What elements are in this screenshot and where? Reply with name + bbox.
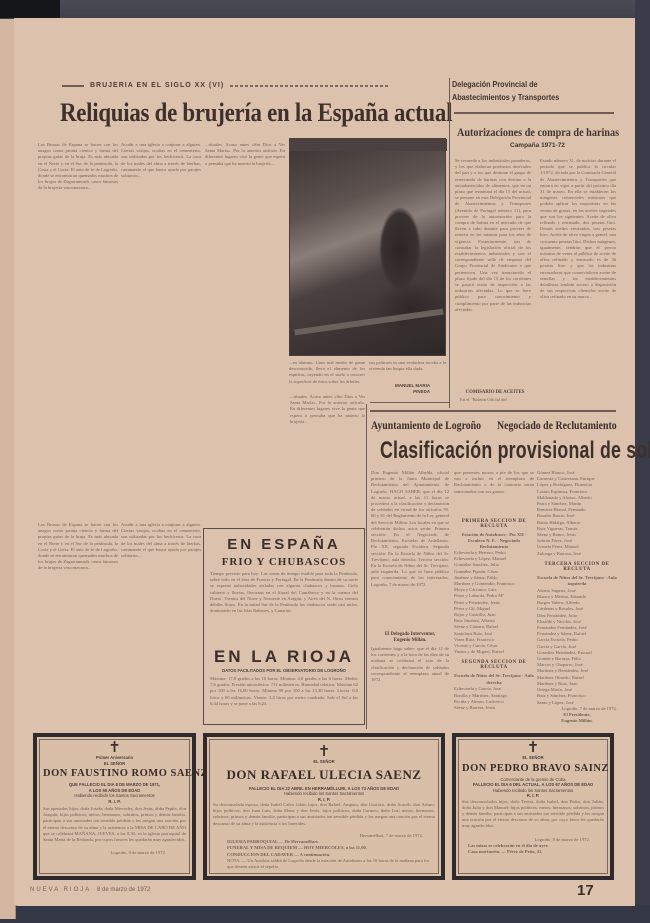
article-column-1b: Las Bruxas de Espana se hacen con los an… <box>38 522 118 727</box>
article-column-1: Las Bruxas de Espana se hacen con los an… <box>38 142 118 522</box>
photo-caption: ...en alumno. Unas mal medio de gente de… <box>289 360 365 394</box>
section-1-heading: PRIMERA SECCION DE RECLUTA <box>454 519 534 529</box>
kicker-rule-left <box>62 85 84 87</box>
clasificacion-column-1: Don Eugenio Millán Albelda, oficial prim… <box>371 470 449 630</box>
weather-box: EN ESPAÑA FRIO Y CHUBASCOS Tiempo previs… <box>203 528 365 725</box>
delegacion-header: Delegación Provincial de Abastecimientos… <box>452 78 632 104</box>
footer-date: 8 de marzo de 1972 <box>97 887 150 893</box>
article-headline: Reliquias de brujería en la España actua… <box>60 98 452 128</box>
section-2-location: Escuela de Niños del Sr. Trevijano - Aul… <box>454 673 534 686</box>
delegacion-title: Autorizaciones de compra de harinas <box>457 125 619 140</box>
column-divider <box>366 404 367 729</box>
clasificacion-col2-intro: que presentes mozos a pie de los que se … <box>454 470 534 514</box>
section-1-location: Estación de Autobuses - Pío XII - Escale… <box>454 532 534 550</box>
photo-wall <box>290 139 447 151</box>
delegacion-line-2: Abastecimientos y Transportes <box>452 91 605 104</box>
obituary-rip: R. I. P. <box>43 799 186 805</box>
delegacion-subtitle: Campaña 1971-72 <box>510 142 565 149</box>
article-column-3: ...rituales. Acaso antes «Sin Dios a Ver… <box>205 142 285 522</box>
obituary-header-1: EL SEÑOR <box>462 755 604 761</box>
cross-icon: ✝ <box>213 744 435 759</box>
byline-line-2: PINEDA <box>395 389 430 395</box>
article-column-2b: Acudir a una iglesia a conjurar a alguie… <box>121 522 201 727</box>
article-byline: MANUEL MARIA PINEDA <box>395 383 430 395</box>
obituary-body: Su desconsolada esposa, doña Isabel Calv… <box>213 802 435 833</box>
obituary-service: NOTA. — Un Autobús saldrá de Logroño des… <box>213 858 435 870</box>
weather-spain-text: Tiempo previsto para hoy: Las zonas de t… <box>210 571 358 643</box>
col3-top-names: Gómez Blanco, José Lacuesta y Castresana… <box>537 470 617 557</box>
col3-signer-name: Eugenio Millán. <box>537 718 617 724</box>
obituary-name: DON PEDRO BRAVO SAINZ <box>462 763 604 774</box>
clasificacion-title: Clasificación provisional de soldados <box>380 437 650 465</box>
obituary-bravo: ✝ EL SEÑOR DON PEDRO BRAVO SAINZ Comerci… <box>452 733 614 880</box>
section-3-location: Escuela de Niños del Sr. Trevijano - Aul… <box>537 575 617 588</box>
clasificacion-top-rule <box>370 410 616 412</box>
obituary-body: Sus apenados hijos, doña Josefa, doña Me… <box>43 806 186 850</box>
section-2-heading: SEGUNDA SECCION DE RECLUTA <box>454 660 534 670</box>
obituary-ulecia: ✝ EL SEÑOR DON RAFAEL ULECIA SAENZ FALLE… <box>203 733 445 880</box>
obituary-header-1: EL SEÑOR <box>213 759 435 765</box>
section-1-names: Echevarría y Herrero, Pedro Echevarría y… <box>454 550 534 655</box>
article-column-2: Acudir a una iglesia a conjurar a alguie… <box>121 142 201 522</box>
weather-spain-title: EN ESPAÑA <box>210 536 358 553</box>
article-photo <box>289 138 446 356</box>
clasificacion-col1-signer: El Delegado Interventor, Eugenio Millán. <box>371 632 449 644</box>
kicker-text: BRUJERIA EN EL SIGLO XX (VI) <box>90 82 224 89</box>
kicker-rule-right <box>230 85 390 87</box>
weather-rioja-text: Máxima: 17,8 grados a las 16 horas. Míni… <box>210 676 358 708</box>
column-divider <box>449 78 450 408</box>
obituary-romo: ✝ Primer Aniversario EL SEÑOR DON FAUSTI… <box>33 733 196 880</box>
section-divider <box>370 402 450 403</box>
scan-background-corner <box>0 0 60 18</box>
delegacion-column-2: Estado número 31, de noticias durante el… <box>540 158 616 403</box>
recruit-name: Sáenz y Barrera, Jesús <box>454 705 534 711</box>
obituary-header-2: EL SEÑOR <box>43 761 186 767</box>
section-2-names: Echevarría y García, José Bonilla y Mart… <box>454 686 534 711</box>
clasificacion-header-right: Negociado de Reclutamiento <box>497 418 617 433</box>
clasificacion-column-2: que presentes mozos a pie de los que se … <box>454 470 534 728</box>
footer-masthead: NUEVA RIOJA <box>30 887 91 893</box>
delegacion-signoff: COMISARIO DE ACEITES <box>460 390 530 395</box>
photo-broom <box>294 309 443 336</box>
obituary-service: Casa mortuoria. — Pérez de Peña, 41. <box>462 849 604 855</box>
scan-background-top <box>0 0 650 20</box>
obituary-closing: Logroño, 8 de marzo de 1972. <box>43 850 186 856</box>
page-number: 17 <box>577 882 594 899</box>
obituary-name: DON RAFAEL ULECIA SAENZ <box>213 767 435 783</box>
delegacion-line-1: Delegación Provincial de <box>452 78 605 91</box>
weather-spain-subtitle: FRIO Y CHUBASCOS <box>210 556 358 568</box>
weather-rioja-subtitle: DATOS FACILITADOS POR EL OBSERVATORIO DE… <box>210 668 358 673</box>
signer-name: Eugenio Millán. <box>371 638 449 644</box>
weather-rioja-title: EN LA RIOJA <box>210 647 358 667</box>
delegacion-underline <box>454 112 614 114</box>
recruit-name: Yustos y de Miguel, Rafael <box>454 649 534 655</box>
photo-caption-right: sus palitroes es una verdadera escoba a … <box>369 360 446 380</box>
section-3-heading: TERCERA SECCION DE RECLUTA <box>537 562 617 572</box>
obituary-body: Sus desconsolados hijos, doña Teresa, do… <box>462 799 604 837</box>
article-column-4: ...rituales. Acaso antes «Sin Dios a Ver… <box>290 394 365 524</box>
clasificacion-header-left: Ayuntamiento de Logroño <box>371 418 481 433</box>
article-kicker: BRUJERIA EN EL SIGLO XX (VI) <box>62 82 390 89</box>
delegacion-column-1: Se recuerda a los industriales panaderos… <box>455 158 531 383</box>
obituary-name: DON FAUSTINO ROMO SAENZ <box>43 768 186 779</box>
delegacion-signoff-text: En el "Boletín Oficial del <box>460 397 530 405</box>
scan-background-bottom <box>0 905 650 923</box>
cross-icon: ✝ <box>462 740 604 755</box>
clasificacion-column-1-tail: Igualmente hago saber: que el día 12 de … <box>371 646 449 728</box>
section-3-names: Alonso Sagasta, José Blanco y Merino, Ed… <box>537 588 617 706</box>
recruit-name: Zuloaga y Barrasa, José <box>537 551 617 557</box>
clasificacion-column-3: Gómez Blanco, José Lacuesta y Castresana… <box>537 470 617 728</box>
cross-icon: ✝ <box>43 740 186 755</box>
